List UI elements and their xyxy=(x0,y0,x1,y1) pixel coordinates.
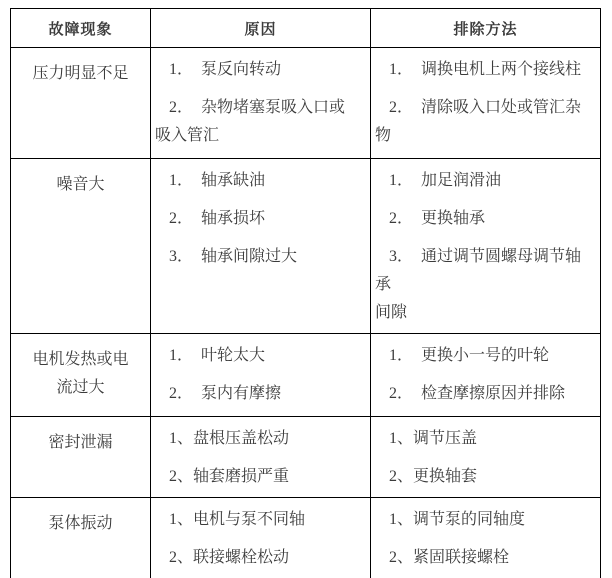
cause-item: 2、轴套磨损严重 xyxy=(155,463,366,491)
cause-item: 2． 轴承损坏 xyxy=(155,205,366,233)
header-row: 故障现象 原因 排除方法 xyxy=(11,9,601,48)
remedy-item: 1、调节压盖 xyxy=(375,425,596,453)
cause-item: 1． 叶轮太大 xyxy=(155,342,366,370)
page: 故障现象 原因 排除方法 压力明显不足 1． 泵反向转动 2． 杂物堵塞泵吸入口… xyxy=(0,0,612,578)
cause-item: 3． 轴承间隙过大 xyxy=(155,243,366,271)
table-row: 噪音大 1． 轴承缺油 2． 轴承损坏 3． 轴承间隙过大 1． 加足润滑油 2… xyxy=(11,159,601,334)
cause-item: 2． 泵内有摩擦 xyxy=(155,380,366,408)
cause-item: 2． 杂物堵塞泵吸入口或 吸入管汇 xyxy=(155,94,366,150)
symptom-cell: 电机发热或电 流过大 xyxy=(11,334,151,417)
remedy-item: 1． 更换小一号的叶轮 xyxy=(375,342,596,370)
symptom-cell: 噪音大 xyxy=(11,159,151,334)
table-row: 泵体振动 1、电机与泵不同轴 2、联接螺栓松动 1、调节泵的同轴度 2、紧固联接… xyxy=(11,498,601,578)
cause-item: 1、盘根压盖松动 xyxy=(155,425,366,453)
remedy-item: 2． 更换轴承 xyxy=(375,205,596,233)
remedy-item: 1、调节泵的同轴度 xyxy=(375,506,596,534)
cause-item: 1． 泵反向转动 xyxy=(155,56,366,84)
table-row: 电机发热或电 流过大 1． 叶轮太大 2． 泵内有摩擦 1． 更换小一号的叶轮 … xyxy=(11,334,601,417)
header-symptom: 故障现象 xyxy=(11,9,151,48)
fault-troubleshooting-table: 故障现象 原因 排除方法 压力明显不足 1． 泵反向转动 2． 杂物堵塞泵吸入口… xyxy=(10,8,601,578)
cause-cell: 1． 叶轮太大 2． 泵内有摩擦 xyxy=(151,334,371,417)
cause-cell: 1、盘根压盖松动 2、轴套磨损严重 xyxy=(151,417,371,498)
remedy-cell: 1、调节泵的同轴度 2、紧固联接螺栓 xyxy=(371,498,601,578)
symptom-cell: 压力明显不足 xyxy=(11,48,151,159)
remedy-item: 2． 检查摩擦原因并排除 xyxy=(375,380,596,408)
cause-item: 1、电机与泵不同轴 xyxy=(155,506,366,534)
table-row: 压力明显不足 1． 泵反向转动 2． 杂物堵塞泵吸入口或 吸入管汇 1． 调换电… xyxy=(11,48,601,159)
cause-cell: 1、电机与泵不同轴 2、联接螺栓松动 xyxy=(151,498,371,578)
cause-item: 1． 轴承缺油 xyxy=(155,167,366,195)
remedy-item: 2、紧固联接螺栓 xyxy=(375,544,596,572)
symptom-cell: 密封泄漏 xyxy=(11,417,151,498)
header-remedy: 排除方法 xyxy=(371,9,601,48)
remedy-item: 1． 加足润滑油 xyxy=(375,167,596,195)
cause-cell: 1． 泵反向转动 2． 杂物堵塞泵吸入口或 吸入管汇 xyxy=(151,48,371,159)
remedy-cell: 1、调节压盖 2、更换轴套 xyxy=(371,417,601,498)
remedy-item: 2、更换轴套 xyxy=(375,463,596,491)
symptom-cell: 泵体振动 xyxy=(11,498,151,578)
remedy-item: 3． 通过调节圆螺母调节轴承 间隙 xyxy=(375,243,596,327)
remedy-cell: 1． 加足润滑油 2． 更换轴承 3． 通过调节圆螺母调节轴承 间隙 xyxy=(371,159,601,334)
remedy-cell: 1． 调换电机上两个接线柱 2． 清除吸入口处或管汇杂 物 xyxy=(371,48,601,159)
remedy-item: 1． 调换电机上两个接线柱 xyxy=(375,56,596,84)
table-row: 密封泄漏 1、盘根压盖松动 2、轴套磨损严重 1、调节压盖 2、更换轴套 xyxy=(11,417,601,498)
header-cause: 原因 xyxy=(151,9,371,48)
remedy-item: 2． 清除吸入口处或管汇杂 物 xyxy=(375,94,596,150)
cause-item: 2、联接螺栓松动 xyxy=(155,544,366,572)
cause-cell: 1． 轴承缺油 2． 轴承损坏 3． 轴承间隙过大 xyxy=(151,159,371,334)
remedy-cell: 1． 更换小一号的叶轮 2． 检查摩擦原因并排除 xyxy=(371,334,601,417)
